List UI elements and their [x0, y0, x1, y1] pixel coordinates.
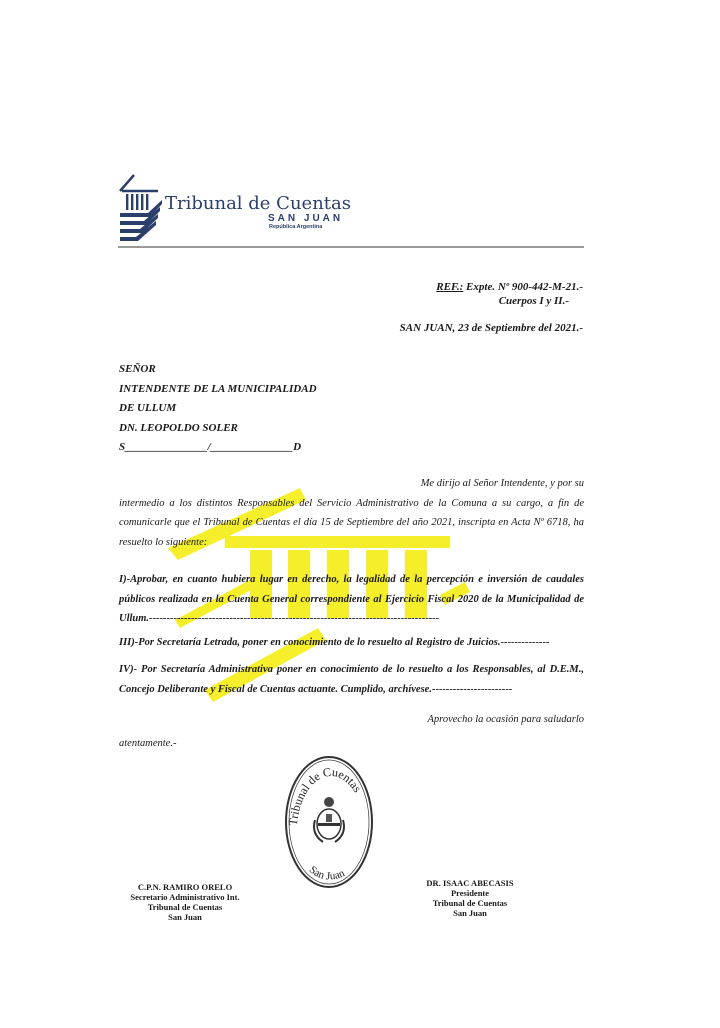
addressee-line: SEÑOR [119, 360, 317, 380]
date-line: SAN JUAN, 23 de Septiembre del 2021.- [400, 322, 583, 334]
reference-expediente: Expte. Nº 900-442-M-21.- [466, 281, 583, 293]
closing-line: Aprovecho la ocasión para saludarlo [427, 714, 584, 725]
intro-first-line: Me dirijo al Señor Intendente, y por su [119, 474, 584, 494]
coat-of-arms-icon [314, 797, 344, 842]
signer-name: C.P.N. RAMIRO ORELO [110, 882, 260, 892]
header-divider [118, 246, 584, 248]
letterhead-title: Tribunal de Cuentas [165, 193, 351, 214]
signer-role: Presidente [400, 888, 540, 898]
official-seal-icon: Tribunal de Cuentas San Juan [283, 754, 375, 890]
reference-block: REF.: Expte. Nº 900-442-M-21.- Cuerpos I… [436, 280, 583, 308]
resolution-item-4: IV)- Por Secretaría Administrativa poner… [119, 660, 584, 699]
intro-rest: intermedio a los distintos Responsables … [119, 498, 584, 548]
addressee-line: INTENDENTE DE LA MUNICIPALIDAD [119, 380, 317, 400]
reference-label: REF.: [436, 281, 463, 293]
reference-cuerpos: Cuerpos I y II.- [436, 294, 569, 308]
signer-org: Tribunal de Cuentas [110, 902, 260, 912]
seal-bottom-text: San Juan [307, 864, 347, 883]
resolution-item-3: III)-Por Secretaría Letrada, poner en co… [119, 633, 584, 653]
signature-block-presidente: DR. ISAAC ABECASIS Presidente Tribunal d… [400, 878, 540, 918]
letterhead-subtitle: SAN JUAN [268, 213, 343, 224]
signer-place: San Juan [110, 912, 260, 922]
closing-atentamente: atentamente.- [119, 738, 176, 749]
intro-paragraph: Me dirijo al Señor Intendente, y por su … [119, 474, 584, 552]
signer-org: Tribunal de Cuentas [400, 898, 540, 908]
addressee-line: DN. LEOPOLDO SOLER [119, 419, 317, 439]
letterhead-country: República Argentina [269, 224, 322, 230]
signer-place: San Juan [400, 908, 540, 918]
addressee-line: DE ULLUM [119, 399, 317, 419]
resolution-item-1: I)-Aprobar, en cuanto hubiera lugar en d… [119, 570, 584, 629]
letterhead: Tribunal de Cuentas SAN JUAN República A… [165, 193, 351, 214]
tribunal-building-logo-icon [118, 173, 164, 243]
addressee-block: SEÑOR INTENDENTE DE LA MUNICIPALIDAD DE … [119, 360, 317, 458]
signer-role: Secretario Administrativo Int. [110, 892, 260, 902]
signature-block-secretario: C.P.N. RAMIRO ORELO Secretario Administr… [110, 882, 260, 922]
addressee-sd-line: S_______________/_______________D [119, 438, 317, 458]
svg-text:San Juan: San Juan [307, 864, 347, 883]
signer-name: DR. ISAAC ABECASIS [400, 878, 540, 888]
